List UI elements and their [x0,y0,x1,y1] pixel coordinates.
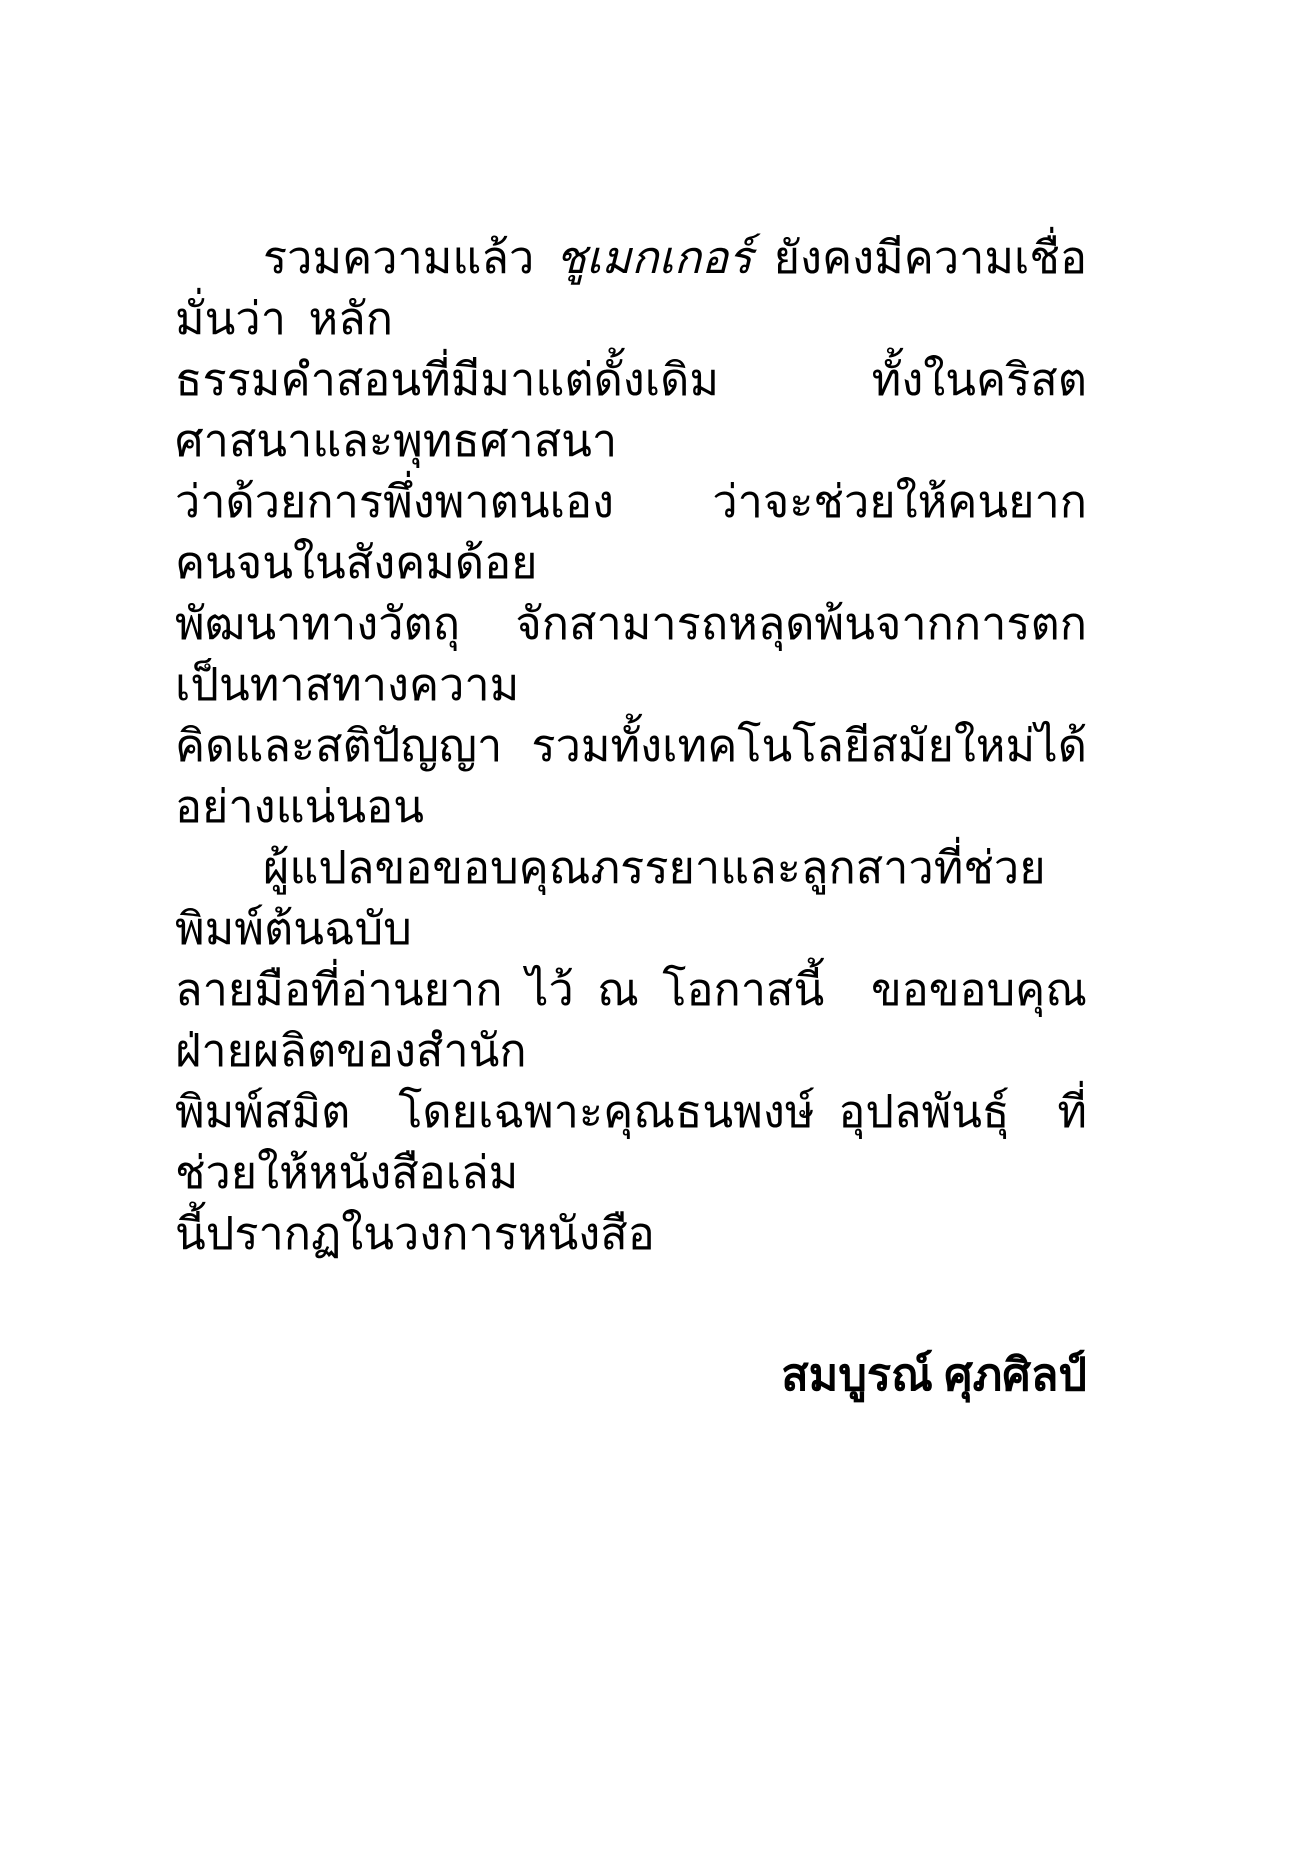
text-line: พัฒนาทางวัตถุ จักสามารถหลุดพ้นจากการตกเป… [175,594,1087,716]
text-line: ลายมือที่อ่านยาก ไว้ ณ โอกาสนี้ ขอขอบคุณ… [175,960,1087,1082]
text-line: รวมความแล้ว ชูเมกเกอร์ ยังคงมีความเชื่อม… [175,228,1087,350]
paragraph-1: รวมความแล้ว ชูเมกเกอร์ ยังคงมีความเชื่อม… [175,228,1087,838]
line-text: รวมความแล้ว [263,233,556,283]
text-line: ธรรมคำสอนที่มีมาแต่ดั้งเดิม ทั้งในคริสตศ… [175,350,1087,472]
text-line: นี้ปรากฏในวงการหนังสือ [175,1204,1087,1265]
translator-signature: สมบูรณ์ ศุภศิลป์ [175,1345,1087,1406]
text-line: พิมพ์สมิต โดยเฉพาะคุณธนพงษ์ อุปลพันธุ์ ท… [175,1082,1087,1204]
paragraph-2: ผู้แปลขอขอบคุณภรรยาและลูกสาวที่ช่วยพิมพ์… [175,838,1087,1265]
document-page: รวมความแล้ว ชูเมกเกอร์ ยังคงมีความเชื่อม… [0,0,1305,1867]
italic-author-name: ชูเมกเกอร์ [556,233,753,283]
text-block: รวมความแล้ว ชูเมกเกอร์ ยังคงมีความเชื่อม… [175,228,1087,1406]
text-line: คิดและสติปัญญา รวมทั้งเทคโนโลยีสมัยใหม่ไ… [175,716,1087,838]
text-line: ว่าด้วยการพึ่งพาตนเอง ว่าจะช่วยให้คนยากค… [175,472,1087,594]
text-line: ผู้แปลขอขอบคุณภรรยาและลูกสาวที่ช่วยพิมพ์… [175,838,1087,960]
